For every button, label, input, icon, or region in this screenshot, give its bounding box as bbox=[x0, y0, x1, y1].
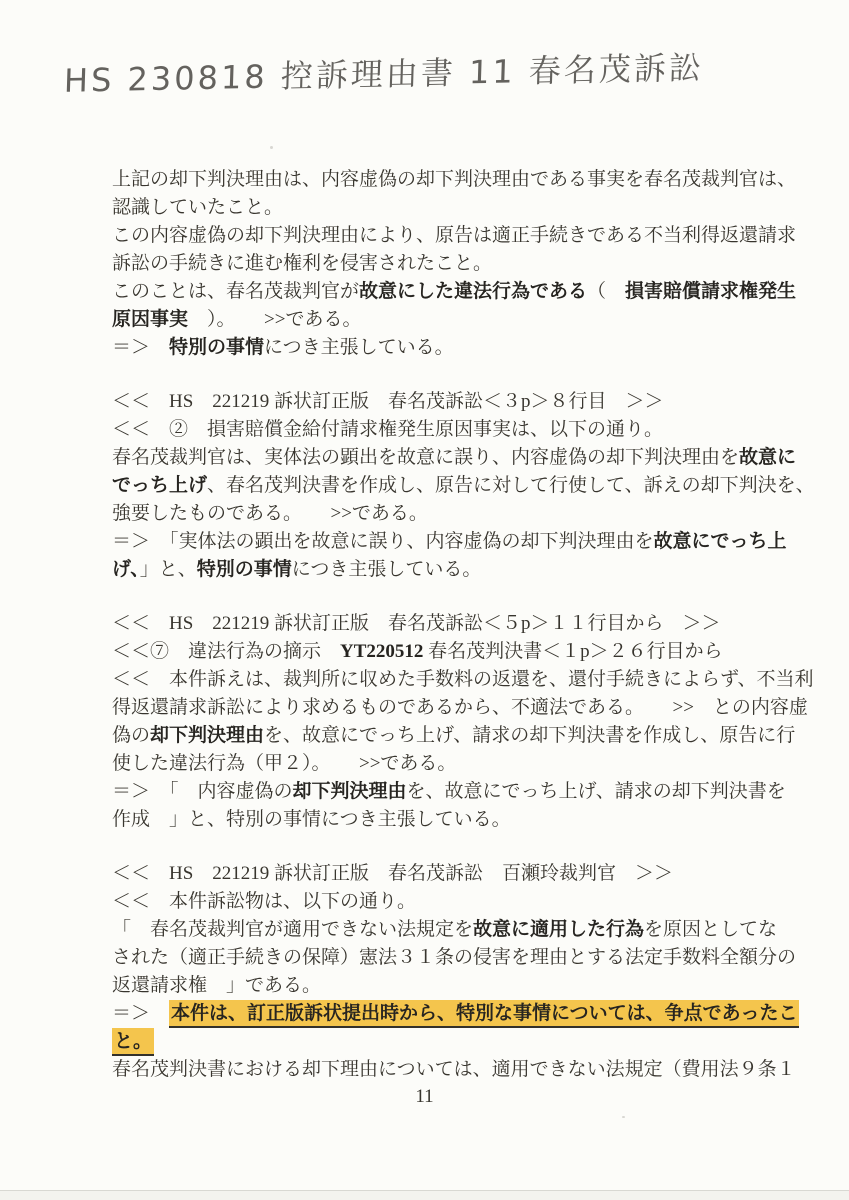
text-line: 作成 」と、特別の事情につき主張している。 bbox=[112, 806, 812, 834]
body-text: ）。 >>である。 bbox=[188, 309, 361, 330]
body-text: 「 春名茂裁判官が適用できない法規定を bbox=[112, 919, 473, 940]
bold-text: 却下判決理由 bbox=[150, 725, 264, 746]
body-text: 偽の bbox=[112, 725, 150, 746]
body-text: この内容虚偽の却下判決理由により、原告は適正手続きである不当利得返還請求 bbox=[112, 225, 796, 246]
text-line: 認識していたこと。 bbox=[112, 194, 812, 222]
section-3: ＜＜ HS 221219 訴状訂正版 春名茂訴訟＜５p＞１１行目から ＞＞＜＜⑦… bbox=[112, 610, 812, 834]
body-text: を原因としてな bbox=[644, 919, 777, 940]
text-line: ＜＜ ② 損害賠償金給付請求権発生原因事実は、以下の通り。 bbox=[112, 416, 812, 444]
text-line: 「 春名茂裁判官が適用できない法規定を故意に適用した行為を原因としてな bbox=[112, 916, 812, 944]
bold-text: 特別の事情 bbox=[197, 559, 292, 580]
bold-text: 故意にでっち上 bbox=[654, 531, 787, 552]
body-text: を、故意にでっち上げ、請求の却下判決書を bbox=[407, 781, 786, 802]
text-line: された（適正手続きの保障）憲法３１条の侵害を理由とする法定手数料全額分の bbox=[112, 944, 812, 972]
body-text: 春名茂判決書における却下理由については、適用できない法規定（費用法９条１ bbox=[112, 1059, 796, 1080]
bold-text: 特別の事情 bbox=[169, 337, 264, 358]
bold-text: 損害賠償請求権発生 bbox=[625, 281, 796, 302]
text-line: 春名茂判決書における却下理由については、適用できない法規定（費用法９条１ bbox=[112, 1056, 812, 1084]
bold-text: 故意に bbox=[739, 447, 796, 468]
bold-text: 故意に適用した行為 bbox=[473, 919, 644, 940]
text-line: 上記の却下判決理由は、内容虚偽の却下判決理由である事実を春名茂裁判官は、 bbox=[112, 166, 812, 194]
text-line: 得返還請求訴訟により求めるものであるから、不適法である。 >> との内容虚 bbox=[112, 694, 812, 722]
text-line: ＝＞ 「 内容虚偽の却下判決理由を、故意にでっち上げ、請求の却下判決書を bbox=[112, 778, 812, 806]
body-text: 作成 」と、特別の事情につき主張している。 bbox=[112, 809, 511, 830]
text-line: 使した違法行為（甲２）。 >>である。 bbox=[112, 750, 812, 778]
body-text: 強要したものである。 >>である。 bbox=[112, 503, 428, 524]
text-line: 原因事実 ）。 >>である。 bbox=[112, 306, 812, 334]
text-line: と。 bbox=[112, 1028, 812, 1056]
body-text: ＝＞ bbox=[112, 337, 169, 358]
bold-text: 故意にした違法行為である bbox=[359, 281, 587, 302]
scanned-page: HS 230818 控訴理由書 11 春名茂訴訟 上記の却下判決理由は、内容虚偽… bbox=[0, 0, 849, 1200]
handwritten-title: HS 230818 控訴理由書 11 春名茂訴訟 bbox=[63, 44, 624, 102]
text-line: この内容虚偽の却下判決理由により、原告は適正手続きである不当利得返還請求 bbox=[112, 222, 812, 250]
body-text: このことは、春名茂裁判官が bbox=[112, 281, 359, 302]
bold-text: 却下判決理由 bbox=[293, 781, 407, 802]
bold-text: げ、 bbox=[112, 559, 140, 580]
text-line: げ、」と、特別の事情につき主張している。 bbox=[112, 556, 812, 584]
body-text: につき主張している。 bbox=[264, 337, 454, 358]
body-text: 」と、 bbox=[140, 559, 197, 580]
body-text: 春名茂判決書＜１p＞２６行目から bbox=[423, 641, 722, 662]
body-text: 春名茂裁判官は、実体法の顕出を故意に誤り、内容虚偽の却下判決理由を bbox=[112, 447, 739, 468]
body-text: を、故意にでっち上げ、請求の却下判決書を作成し、原告に行 bbox=[264, 725, 795, 746]
body-text: 使した違法行為（甲２）。 >>である。 bbox=[112, 753, 456, 774]
text-line: このことは、春名茂裁判官が故意にした違法行為である（ 損害賠償請求権発生 bbox=[112, 278, 812, 306]
section-2: ＜＜ HS 221219 訴状訂正版 春名茂訴訟＜３p＞８行目 ＞＞＜＜ ② 損… bbox=[112, 388, 812, 584]
bold-text: でっち上げ bbox=[112, 475, 207, 496]
body-text: ＜＜⑦ 違法行為の摘示 bbox=[112, 641, 340, 662]
body-text: 訴訟の手続きに進む権利を侵害されたこと。 bbox=[112, 253, 492, 274]
body-text: ＜＜ HS 221219 訴状訂正版 春名茂訴訟 百瀬玲裁判官 ＞＞ bbox=[112, 863, 673, 884]
scan-speck bbox=[622, 1116, 625, 1118]
section-4: ＜＜ HS 221219 訴状訂正版 春名茂訴訟 百瀬玲裁判官 ＞＞＜＜ 本件訴… bbox=[112, 860, 812, 1084]
text-line: ＝＞ 本件は、訂正版訴状提出時から、特別な事情については、争点であったこ bbox=[112, 1000, 812, 1028]
body-text: ＜＜ 本件訴訟物は、以下の通り。 bbox=[112, 891, 416, 912]
body-text: ＜＜ HS 221219 訴状訂正版 春名茂訴訟＜３p＞８行目 ＞＞ bbox=[112, 391, 664, 412]
scan-edge-artifact bbox=[0, 1190, 849, 1200]
body-text: ＝＞ 「実体法の顕出を故意に誤り、内容虚偽の却下判決理由を bbox=[112, 531, 654, 552]
body-text: 返還請求権 」である。 bbox=[112, 975, 321, 996]
text-line: ＜＜ HS 221219 訴状訂正版 春名茂訴訟＜３p＞８行目 ＞＞ bbox=[112, 388, 812, 416]
page-number: 11 bbox=[0, 1086, 849, 1108]
text-line: ＜＜ 本件訴えは、裁判所に収めた手数料の返還を、還付手続きによらず、不当利 bbox=[112, 666, 812, 694]
highlighted-text: 本件は、訂正版訴状提出時から、特別な事情については、争点であったこ bbox=[169, 1000, 799, 1028]
body-text: 認識していたこと。 bbox=[112, 197, 283, 218]
body-text: につき主張している。 bbox=[292, 559, 482, 580]
body-text: された（適正手続きの保障）憲法３１条の侵害を理由とする法定手数料全額分の bbox=[112, 947, 796, 968]
body-text: ＝＞ 「 内容虚偽の bbox=[112, 781, 293, 802]
text-line: ＝＞ 特別の事情につき主張している。 bbox=[112, 334, 812, 362]
section-1: 上記の却下判決理由は、内容虚偽の却下判決理由である事実を春名茂裁判官は、認識して… bbox=[112, 166, 812, 362]
bold-text: 原因事実 bbox=[112, 309, 188, 330]
text-line: ＜＜⑦ 違法行為の摘示 YT220512 春名茂判決書＜１p＞２６行目から bbox=[112, 638, 812, 666]
body-text: （ bbox=[587, 281, 625, 302]
text-line: 強要したものである。 >>である。 bbox=[112, 500, 812, 528]
text-line: ＜＜ HS 221219 訴状訂正版 春名茂訴訟 百瀬玲裁判官 ＞＞ bbox=[112, 860, 812, 888]
scan-speck bbox=[270, 146, 273, 149]
text-line: ＝＞ 「実体法の顕出を故意に誤り、内容虚偽の却下判決理由を故意にでっち上 bbox=[112, 528, 812, 556]
bold-text: YT220512 bbox=[340, 641, 423, 662]
text-line: 返還請求権 」である。 bbox=[112, 972, 812, 1000]
text-line: 偽の却下判決理由を、故意にでっち上げ、請求の却下判決書を作成し、原告に行 bbox=[112, 722, 812, 750]
text-line: ＜＜ 本件訴訟物は、以下の通り。 bbox=[112, 888, 812, 916]
text-line: 春名茂裁判官は、実体法の顕出を故意に誤り、内容虚偽の却下判決理由を故意に bbox=[112, 444, 812, 472]
document-body: 上記の却下判決理由は、内容虚偽の却下判決理由である事実を春名茂裁判官は、認識して… bbox=[112, 166, 812, 1084]
text-line: 訴訟の手続きに進む権利を侵害されたこと。 bbox=[112, 250, 812, 278]
body-text: 得返還請求訴訟により求めるものであるから、不適法である。 >> との内容虚 bbox=[112, 697, 808, 718]
body-text: 、春名茂判決書を作成し、原告に対して行使して、訴えの却下判決を、 bbox=[207, 475, 815, 496]
body-text: ＜＜ HS 221219 訴状訂正版 春名茂訴訟＜５p＞１１行目から ＞＞ bbox=[112, 613, 721, 634]
text-line: でっち上げ、春名茂判決書を作成し、原告に対して行使して、訴えの却下判決を、 bbox=[112, 472, 812, 500]
body-text: ＝＞ bbox=[112, 1003, 169, 1024]
text-line: ＜＜ HS 221219 訴状訂正版 春名茂訴訟＜５p＞１１行目から ＞＞ bbox=[112, 610, 812, 638]
body-text: ＜＜ ② 損害賠償金給付請求権発生原因事実は、以下の通り。 bbox=[112, 419, 663, 440]
body-text: 上記の却下判決理由は、内容虚偽の却下判決理由である事実を春名茂裁判官は、 bbox=[112, 169, 796, 190]
highlighted-text: と。 bbox=[112, 1028, 154, 1056]
body-text: ＜＜ 本件訴えは、裁判所に収めた手数料の返還を、還付手続きによらず、不当利 bbox=[112, 669, 813, 690]
